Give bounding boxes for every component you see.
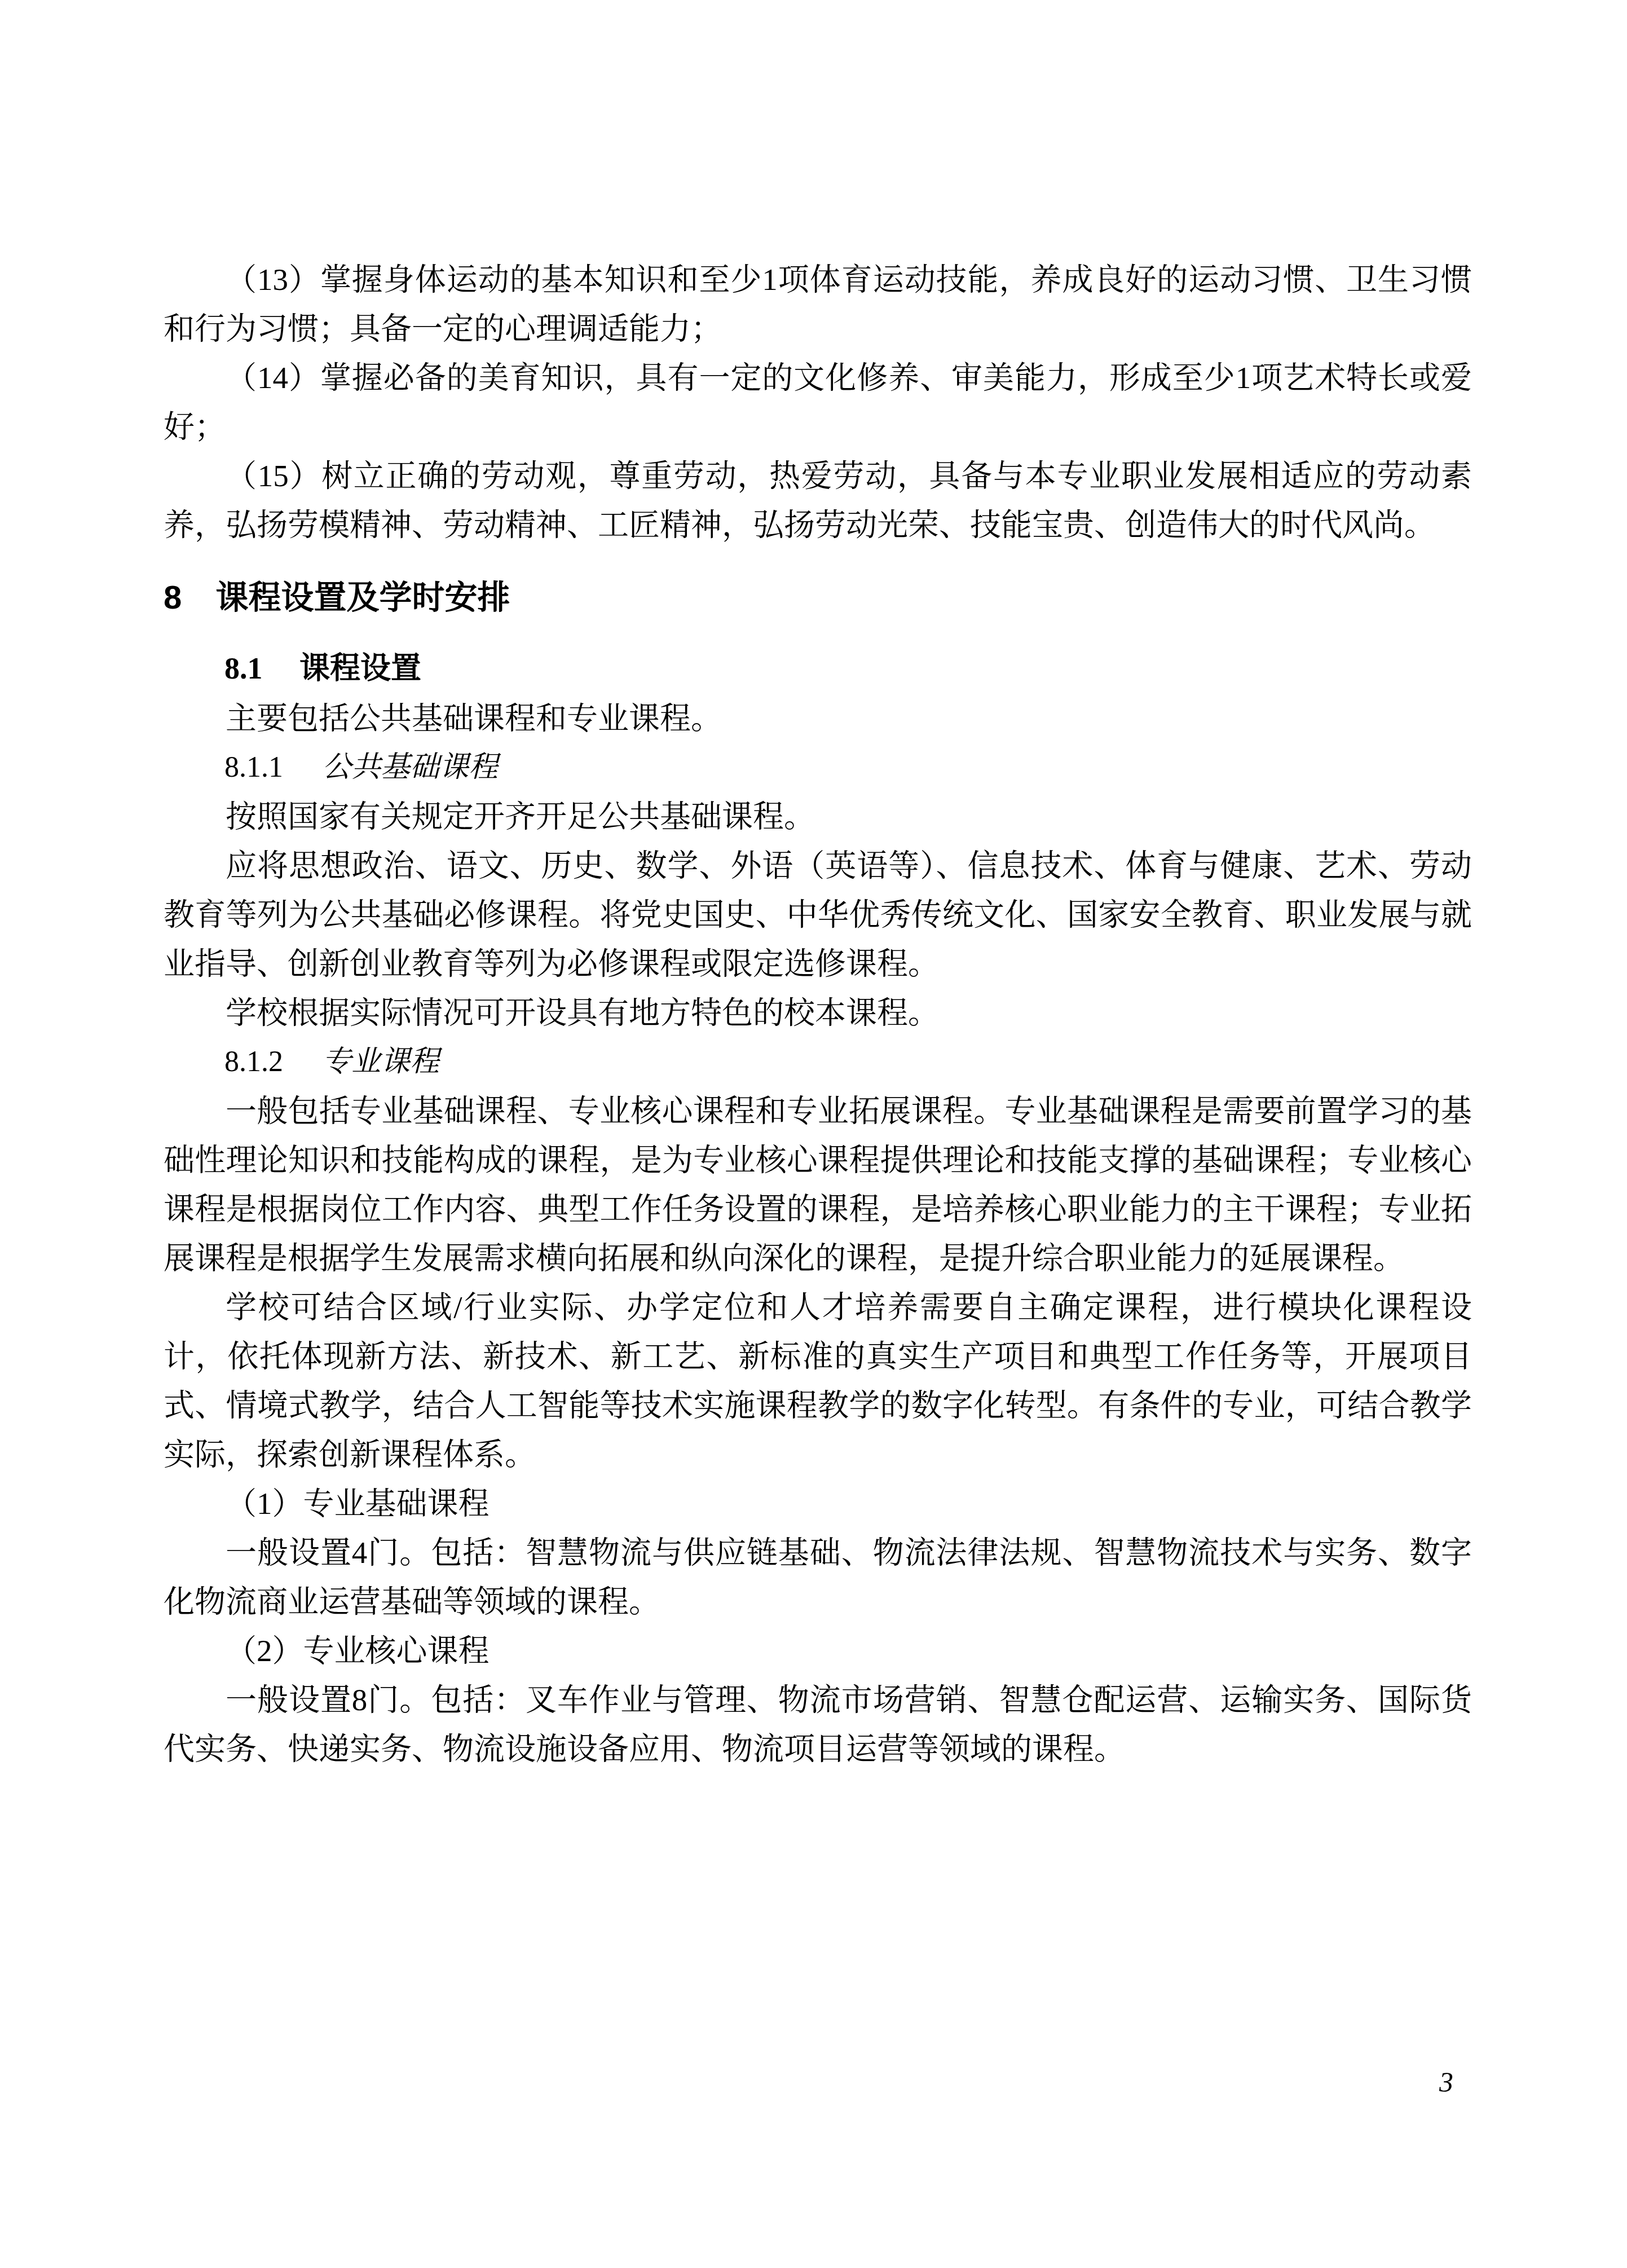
page-number: 3 — [1439, 2066, 1453, 2098]
subsection-heading-8-1: 8.1 课程设置 — [164, 643, 1472, 694]
label-professional-basic-courses: （1）专业基础课程 — [164, 1479, 1472, 1528]
section-8-title: 课程设置及学时安排 — [215, 579, 510, 616]
paragraph-8-1-1-c: 学校根据实际情况可开设具有地方特色的校本课程。 — [164, 988, 1472, 1037]
label-professional-core-courses: （2）专业核心课程 — [164, 1626, 1472, 1675]
subsection-heading-8-1-2: 8.1.2 专业课程 — [164, 1037, 1472, 1086]
paragraph-8-1-1-b: 应将思想政治、语文、历史、数学、外语（英语等）、信息技术、体育与健康、艺术、劳动… — [164, 841, 1472, 988]
paragraph-item-13: （13）掌握身体运动的基本知识和至少1项体育运动技能，养成良好的运动习惯、卫生习… — [164, 255, 1472, 353]
subsection-8-1-2-number: 8.1.2 — [224, 1046, 283, 1078]
subsection-8-1-1-number: 8.1.1 — [224, 751, 283, 783]
paragraph-8-1-1-a: 按照国家有关规定开齐开足公共基础课程。 — [164, 792, 1472, 841]
subsection-8-1-title: 课程设置 — [299, 651, 421, 685]
paragraph-8-1-2-b: 学校可结合区域/行业实际、办学定位和人才培养需要自主确定课程，进行模块化课程设计… — [164, 1283, 1472, 1479]
paragraph-item-14: （14）掌握必备的美育知识，具有一定的文化修养、审美能力，形成至少1项艺术特长或… — [164, 353, 1472, 451]
paragraph-basic-courses: 一般设置4门。包括：智慧物流与供应链基础、物流法律法规、智慧物流技术与实务、数字… — [164, 1528, 1472, 1626]
text-column: （13）掌握身体运动的基本知识和至少1项体育运动技能，养成良好的运动习惯、卫生习… — [164, 255, 1472, 1773]
document-page: （13）掌握身体运动的基本知识和至少1项体育运动技能，养成良好的运动习惯、卫生习… — [0, 0, 1627, 2268]
subsection-8-1-number: 8.1 — [224, 651, 263, 685]
subsection-8-1-1-title: 公共基础课程 — [322, 751, 498, 783]
paragraph-8-1-2-a: 一般包括专业基础课程、专业核心课程和专业拓展课程。专业基础课程是需要前置学习的基… — [164, 1086, 1472, 1283]
subsection-8-1-2-title: 专业课程 — [322, 1046, 439, 1078]
paragraph-item-15: （15）树立正确的劳动观，尊重劳动，热爱劳动，具备与本专业职业发展相适应的劳动素… — [164, 451, 1472, 549]
subsection-heading-8-1-1: 8.1.1 公共基础课程 — [164, 743, 1472, 792]
paragraph-8-1-intro: 主要包括公共基础课程和专业课程。 — [164, 694, 1472, 743]
paragraph-core-courses: 一般设置8门。包括：叉车作业与管理、物流市场营销、智慧仓配运营、运输实务、国际货… — [164, 1675, 1472, 1773]
section-heading-8: 8 课程设置及学时安排 — [164, 570, 1472, 626]
section-8-number: 8 — [164, 579, 182, 616]
